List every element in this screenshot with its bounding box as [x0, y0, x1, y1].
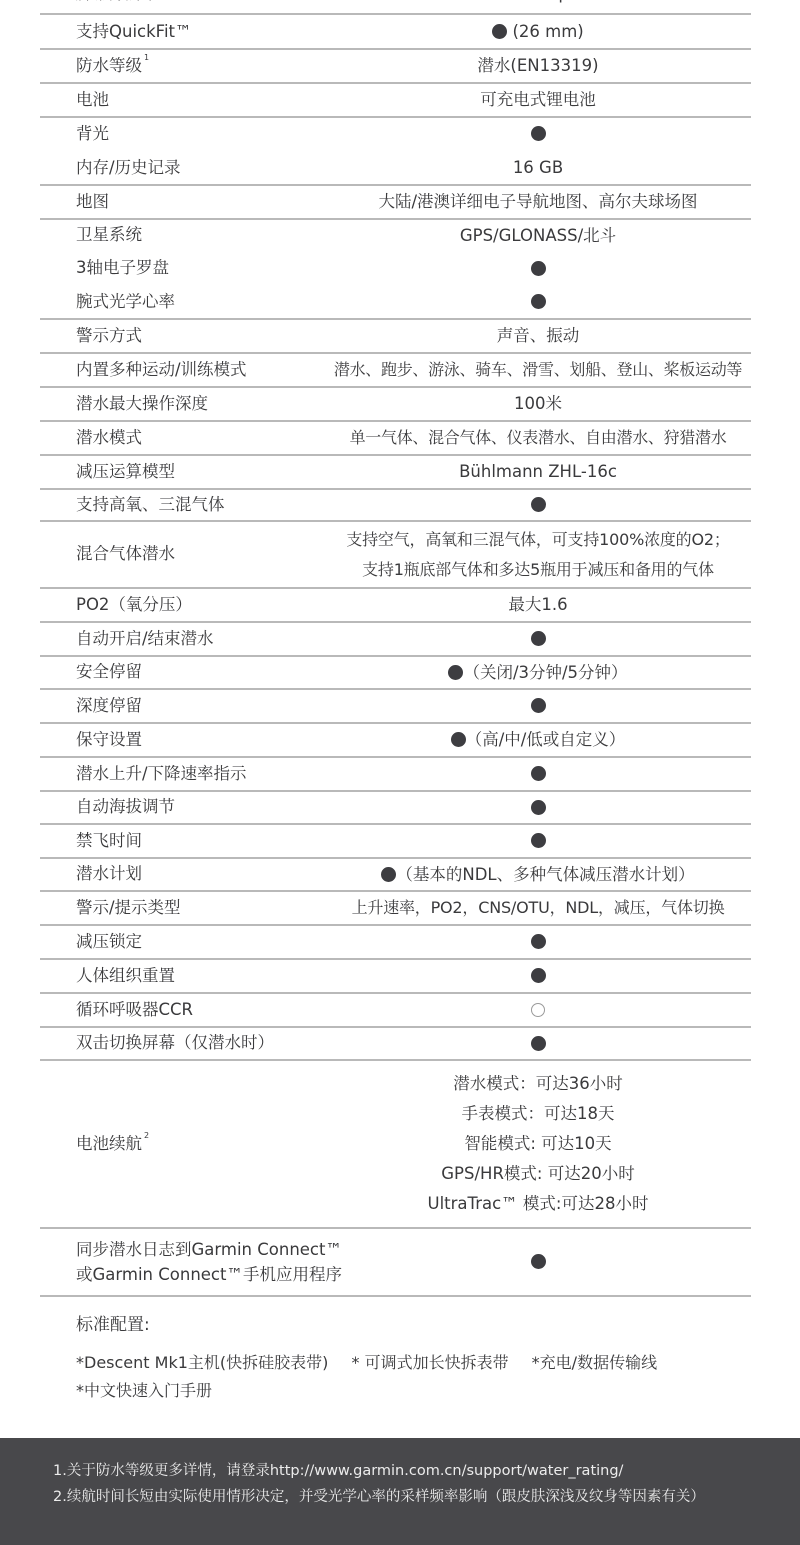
spec-row-deco-lock: 减压锁定 — [40, 925, 751, 959]
spec-row-safety-stop: 安全停留 （关闭/3分钟/5分钟） — [40, 656, 751, 689]
supported-dot-icon — [531, 1254, 546, 1269]
spec-value — [310, 826, 766, 856]
spec-label: 禁飞时间 — [76, 829, 142, 854]
spec-row-sport-modes: 内置多种运动/训练模式 潜水、跑步、游泳、骑车、滑雪、划船、登山、桨板运动等 — [40, 353, 751, 387]
spec-label: 地图 — [76, 190, 109, 215]
spec-row-battery: 电池 可充电式锂电池 — [40, 83, 751, 117]
spec-value — [310, 1029, 766, 1059]
spec-value: 240 x 240 pixels — [310, 0, 766, 9]
spec-row-compass: 3轴电子罗盘 — [40, 252, 751, 285]
spec-value: 声音、振动 — [310, 321, 766, 351]
spec-label: 支持高氧、三混气体 — [76, 493, 225, 518]
config-item: * 可调式加长快拆表带 — [351, 1353, 508, 1372]
supported-dot-icon — [531, 261, 546, 276]
spec-row-conservatism: 保守设置 （高/中/低或自定义） — [40, 723, 751, 757]
spec-row-quickfit: 支持QuickFit™ (26 mm) — [40, 15, 751, 49]
spec-value-text: （高/中/低或自定义） — [466, 730, 626, 749]
spec-value: （基本的NDL、多种气体减压潜水计划） — [310, 860, 766, 890]
spec-row-battery-life: 电池续航2 潜水模式：可达36小时 手表模式：可达18天 智能模式: 可达10天… — [40, 1060, 751, 1228]
spec-value: 支持空气，高氧和三混气体，可支持100%浓度的O2； 支持1瓶底部气体和多达5瓶… — [310, 525, 766, 585]
spec-row-dive-modes: 潜水模式 单一气体、混合气体、仪表潜水、自由潜水、狩猎潜水 — [40, 421, 751, 455]
spec-label-line: 同步潜水日志到Garmin Connect™ — [76, 1237, 342, 1262]
footnotes: 1.关于防水等级更多详情，请登录http://www.garmin.com.cn… — [53, 1458, 705, 1510]
spec-label: 减压锁定 — [76, 930, 142, 955]
spec-value: (26 mm) — [310, 17, 766, 47]
spec-label: 电池续航2 — [76, 1132, 149, 1157]
supported-dot-icon — [451, 732, 466, 747]
spec-value — [310, 927, 766, 957]
config-item: *中文快速入门手册 — [76, 1381, 212, 1400]
supported-dot-icon — [492, 24, 507, 39]
spec-value — [310, 995, 766, 1025]
spec-value: 可充电式锂电池 — [310, 85, 766, 115]
spec-label: 防水等级1 — [76, 54, 149, 79]
spec-value: GPS/GLONASS/北斗 — [310, 221, 766, 251]
spec-row-garmin-connect-sync: 同步潜水日志到Garmin Connect™ 或Garmin Connect™手… — [40, 1228, 751, 1296]
supported-dot-icon — [531, 1036, 546, 1051]
spec-row-mixed-gas: 混合气体潜水 支持空气，高氧和三混气体，可支持100%浓度的O2； 支持1瓶底部… — [40, 521, 751, 588]
spec-row-altitude: 自动海拔调节 — [40, 791, 751, 824]
spec-row-backlight: 背光 — [40, 117, 751, 151]
supported-dot-icon — [531, 968, 546, 983]
spec-value-line: 手表模式：可达18天 — [310, 1099, 766, 1129]
spec-value: 最大1.6 — [310, 590, 766, 620]
supported-dot-icon — [531, 126, 546, 141]
footnote-marker: 1 — [144, 53, 149, 62]
spec-label: 内存/历史记录 — [76, 156, 181, 181]
spec-label-text: 防水等级 — [76, 56, 142, 75]
supported-dot-icon — [531, 800, 546, 815]
standard-config: 标准配置: *Descent Mk1主机(快拆硅胶表带) * 可调式加长快拆表带… — [76, 1310, 736, 1405]
spec-label: 腕式光学心率 — [76, 290, 175, 315]
spec-label-text: 电池续航 — [76, 1134, 142, 1153]
spec-label: 警示方式 — [76, 324, 142, 349]
spec-value: 潜水(EN13319) — [310, 51, 766, 81]
standard-config-title: 标准配置: — [76, 1310, 736, 1335]
spec-label: 潜水上升/下降速率指示 — [76, 762, 247, 787]
spec-row-dive-planner: 潜水计划 （基本的NDL、多种气体减压潜水计划） — [40, 858, 751, 891]
spec-value-text: （基本的NDL、多种气体减压潜水计划） — [396, 865, 694, 884]
spec-value — [310, 793, 766, 823]
spec-value — [310, 759, 766, 789]
spec-label: 混合气体潜水 — [76, 542, 175, 567]
config-item: *充电/数据传输线 — [532, 1353, 657, 1372]
supported-dot-icon — [531, 294, 546, 309]
spec-row-no-fly: 禁飞时间 — [40, 824, 751, 858]
spec-label: 潜水模式 — [76, 426, 142, 451]
spec-value — [310, 119, 766, 149]
spec-label: 人体组织重置 — [76, 964, 175, 989]
spec-label: 自动开启/结束潜水 — [76, 627, 214, 652]
spec-value — [310, 254, 766, 284]
spec-row-wrist-hr: 腕式光学心率 — [40, 285, 751, 319]
spec-label: 潜水计划 — [76, 862, 142, 887]
supported-dot-icon — [531, 766, 546, 781]
spec-value-line: GPS/HR模式: 可达20小时 — [310, 1159, 766, 1189]
spec-value: 大陆/港澳详细电子导航地图、高尔夫球场图 — [310, 187, 766, 217]
footnote-2: 2.续航时间长短由实际使用情形决定，并受光学心率的采样频率影响（跟皮肤深浅及纹身… — [53, 1484, 705, 1510]
spec-label: 减压运算模型 — [76, 460, 175, 485]
spec-value-text: (26 mm) — [512, 22, 583, 41]
spec-row-po2: PO2（氧分压） 最大1.6 — [40, 588, 751, 622]
config-item: *Descent Mk1主机(快拆硅胶表带) — [76, 1353, 328, 1372]
spec-row-memory: 内存/历史记录 16 GB — [40, 151, 751, 185]
spec-value: （关闭/3分钟/5分钟） — [310, 658, 766, 688]
spec-value-line: UltraTrac™ 模式:可达28小时 — [310, 1189, 766, 1219]
spec-value — [310, 287, 766, 317]
spec-label: 自动海拔调节 — [76, 795, 175, 820]
footnote-marker: 2 — [144, 1131, 149, 1140]
spec-label: 循环呼吸器CCR — [76, 998, 193, 1023]
spec-row-deco-model: 减压运算模型 Bühlmann ZHL-16c — [40, 455, 751, 489]
spec-row-double-tap: 双击切换屏幕（仅潜水时） — [40, 1027, 751, 1060]
spec-value — [310, 961, 766, 991]
spec-value-line: 智能模式: 可达10天 — [310, 1129, 766, 1159]
spec-value: 16 GB — [310, 153, 766, 183]
footnotes-panel: 1.关于防水等级更多详情，请登录http://www.garmin.com.cn… — [0, 1438, 800, 1545]
spec-value — [310, 691, 766, 721]
spec-row-auto-dive: 自动开启/结束潜水 — [40, 622, 751, 656]
spec-value: 上升速率，PO2，CNS/OTU，NDL，减压，气体切换 — [310, 894, 766, 923]
standard-config-items: *Descent Mk1主机(快拆硅胶表带) * 可调式加长快拆表带 *充电/数… — [76, 1349, 736, 1405]
spec-value — [310, 1247, 766, 1277]
supported-dot-icon — [531, 833, 546, 848]
spec-label: 3轴电子罗盘 — [76, 256, 169, 281]
spec-label: 屏幕分辨率 — [76, 0, 159, 7]
supported-dot-icon — [531, 934, 546, 949]
spec-label: 电池 — [76, 88, 109, 113]
spec-value: Bühlmann ZHL-16c — [310, 457, 766, 487]
spec-row-nitrox-trimix: 支持高氧、三混气体 — [40, 489, 751, 521]
spec-row-water-rating: 防水等级1 潜水(EN13319) — [40, 49, 751, 83]
spec-label: 深度停留 — [76, 694, 142, 719]
not-supported-circle-icon — [531, 1003, 545, 1017]
spec-value — [310, 624, 766, 654]
spec-label: 支持QuickFit™ — [76, 20, 192, 45]
supported-dot-icon — [448, 665, 463, 680]
spec-value-text: （关闭/3分钟/5分钟） — [463, 663, 627, 682]
spec-label: 内置多种运动/训练模式 — [76, 358, 247, 383]
footnote-1: 1.关于防水等级更多详情，请登录http://www.garmin.com.cn… — [53, 1458, 705, 1484]
spec-row-ascent-rate: 潜水上升/下降速率指示 — [40, 757, 751, 791]
spec-row-satellite: 卫星系统 GPS/GLONASS/北斗 — [40, 219, 751, 252]
spec-label: PO2（氧分压） — [76, 593, 192, 618]
spec-row-tissue-reset: 人体组织重置 — [40, 959, 751, 993]
spec-label: 安全停留 — [76, 660, 142, 685]
supported-dot-icon — [531, 631, 546, 646]
spec-row-max-depth: 潜水最大操作深度 100米 — [40, 387, 751, 421]
spec-row-alert-types: 警示/提示类型 上升速率，PO2，CNS/OTU，NDL，减压，气体切换 — [40, 891, 751, 925]
spec-value: 100米 — [310, 389, 766, 419]
spec-value: 潜水、跑步、游泳、骑车、滑雪、划船、登山、桨板运动等 — [310, 356, 766, 385]
spec-label: 背光 — [76, 122, 109, 147]
supported-dot-icon — [531, 698, 546, 713]
spec-value: 潜水模式：可达36小时 手表模式：可达18天 智能模式: 可达10天 GPS/H… — [310, 1069, 766, 1219]
spec-row-deep-stop: 深度停留 — [40, 689, 751, 723]
supported-dot-icon — [381, 867, 396, 882]
spec-label-line: 或Garmin Connect™手机应用程序 — [76, 1262, 342, 1287]
spec-label: 保守设置 — [76, 728, 142, 753]
spec-value — [310, 490, 766, 520]
spec-row-alerts: 警示方式 声音、振动 — [40, 319, 751, 353]
spec-value-line: 潜水模式：可达36小时 — [310, 1069, 766, 1099]
spec-row-screen-resolution: 屏幕分辨率 240 x 240 pixels — [40, 0, 751, 14]
spec-label: 警示/提示类型 — [76, 896, 181, 921]
spec-label: 双击切换屏幕（仅潜水时） — [76, 1031, 274, 1056]
spec-value: 单一气体、混合气体、仪表潜水、自由潜水、狩猎潜水 — [310, 424, 766, 453]
supported-dot-icon — [531, 497, 546, 512]
spec-value: （高/中/低或自定义） — [310, 725, 766, 755]
spec-label: 同步潜水日志到Garmin Connect™ 或Garmin Connect™手… — [76, 1237, 342, 1287]
spec-label: 潜水最大操作深度 — [76, 392, 208, 417]
spec-row-maps: 地图 大陆/港澳详细电子导航地图、高尔夫球场图 — [40, 185, 751, 219]
spec-row-ccr: 循环呼吸器CCR — [40, 993, 751, 1027]
spec-value-line: 支持空气，高氧和三混气体，可支持100%浓度的O2； — [310, 525, 766, 555]
spec-value-line: 支持1瓶底部气体和多达5瓶用于减压和备用的气体 — [310, 555, 766, 585]
spec-label: 卫星系统 — [76, 223, 142, 248]
